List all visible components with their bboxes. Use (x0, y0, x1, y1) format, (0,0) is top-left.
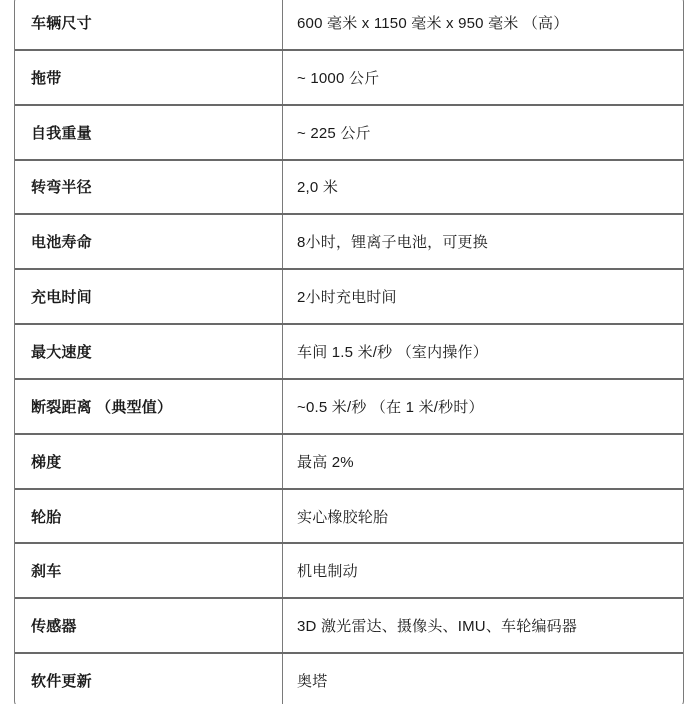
spec-value-cell: 8小时，锂离子电池，可更换 (283, 215, 683, 268)
spec-label-cell: 自我重量 (15, 106, 283, 159)
table-row: 充电时间 2小时充电时间 (15, 268, 683, 323)
spec-value-cell: ~ 225 公斤 (283, 106, 683, 159)
table-row: 拖带 ~ 1000 公斤 (15, 49, 683, 104)
table-row: 自我重量 ~ 225 公斤 (15, 104, 683, 159)
table-row: 软件更新 奥塔 (15, 652, 683, 704)
spec-label-cell: 轮胎 (15, 490, 283, 543)
spec-table: 车辆尺寸 600 毫米 x 1150 毫米 x 950 毫米 （高） 拖带 ~ … (14, 0, 684, 704)
spec-value-cell: 最高 2% (283, 435, 683, 488)
spec-label-cell: 充电时间 (15, 270, 283, 323)
spec-value-cell: 600 毫米 x 1150 毫米 x 950 毫米 （高） (283, 0, 683, 49)
table-row: 传感器 3D 激光雷达、摄像头、IMU、车轮编码器 (15, 597, 683, 652)
spec-value-cell: 奥塔 (283, 654, 683, 704)
table-row: 最大速度 车间 1.5 米/秒 （室内操作） (15, 323, 683, 378)
spec-value-cell: 2,0 米 (283, 161, 683, 214)
spec-value-cell: ~0.5 米/秒 （在 1 米/秒时） (283, 380, 683, 433)
table-row: 电池寿命 8小时，锂离子电池，可更换 (15, 213, 683, 268)
spec-label-cell: 最大速度 (15, 325, 283, 378)
table-row: 转弯半径 2,0 米 (15, 159, 683, 214)
spec-value-cell: 实心橡胶轮胎 (283, 490, 683, 543)
table-row: 断裂距离 （典型值） ~0.5 米/秒 （在 1 米/秒时） (15, 378, 683, 433)
table-row: 轮胎 实心橡胶轮胎 (15, 488, 683, 543)
spec-label-cell: 梯度 (15, 435, 283, 488)
spec-value-cell: 车间 1.5 米/秒 （室内操作） (283, 325, 683, 378)
spec-label-cell: 刹车 (15, 544, 283, 597)
table-row: 梯度 最高 2% (15, 433, 683, 488)
spec-label-cell: 电池寿命 (15, 215, 283, 268)
spec-label-cell: 断裂距离 （典型值） (15, 380, 283, 433)
table-row: 车辆尺寸 600 毫米 x 1150 毫米 x 950 毫米 （高） (15, 0, 683, 49)
spec-value-cell: 3D 激光雷达、摄像头、IMU、车轮编码器 (283, 599, 683, 652)
spec-value-cell: ~ 1000 公斤 (283, 51, 683, 104)
spec-label-cell: 软件更新 (15, 654, 283, 704)
page: 车辆尺寸 600 毫米 x 1150 毫米 x 950 毫米 （高） 拖带 ~ … (0, 0, 690, 704)
spec-label-cell: 转弯半径 (15, 161, 283, 214)
spec-label-cell: 拖带 (15, 51, 283, 104)
table-row: 刹车 机电制动 (15, 542, 683, 597)
spec-label-cell: 车辆尺寸 (15, 0, 283, 49)
spec-value-cell: 机电制动 (283, 544, 683, 597)
spec-value-cell: 2小时充电时间 (283, 270, 683, 323)
spec-label-cell: 传感器 (15, 599, 283, 652)
